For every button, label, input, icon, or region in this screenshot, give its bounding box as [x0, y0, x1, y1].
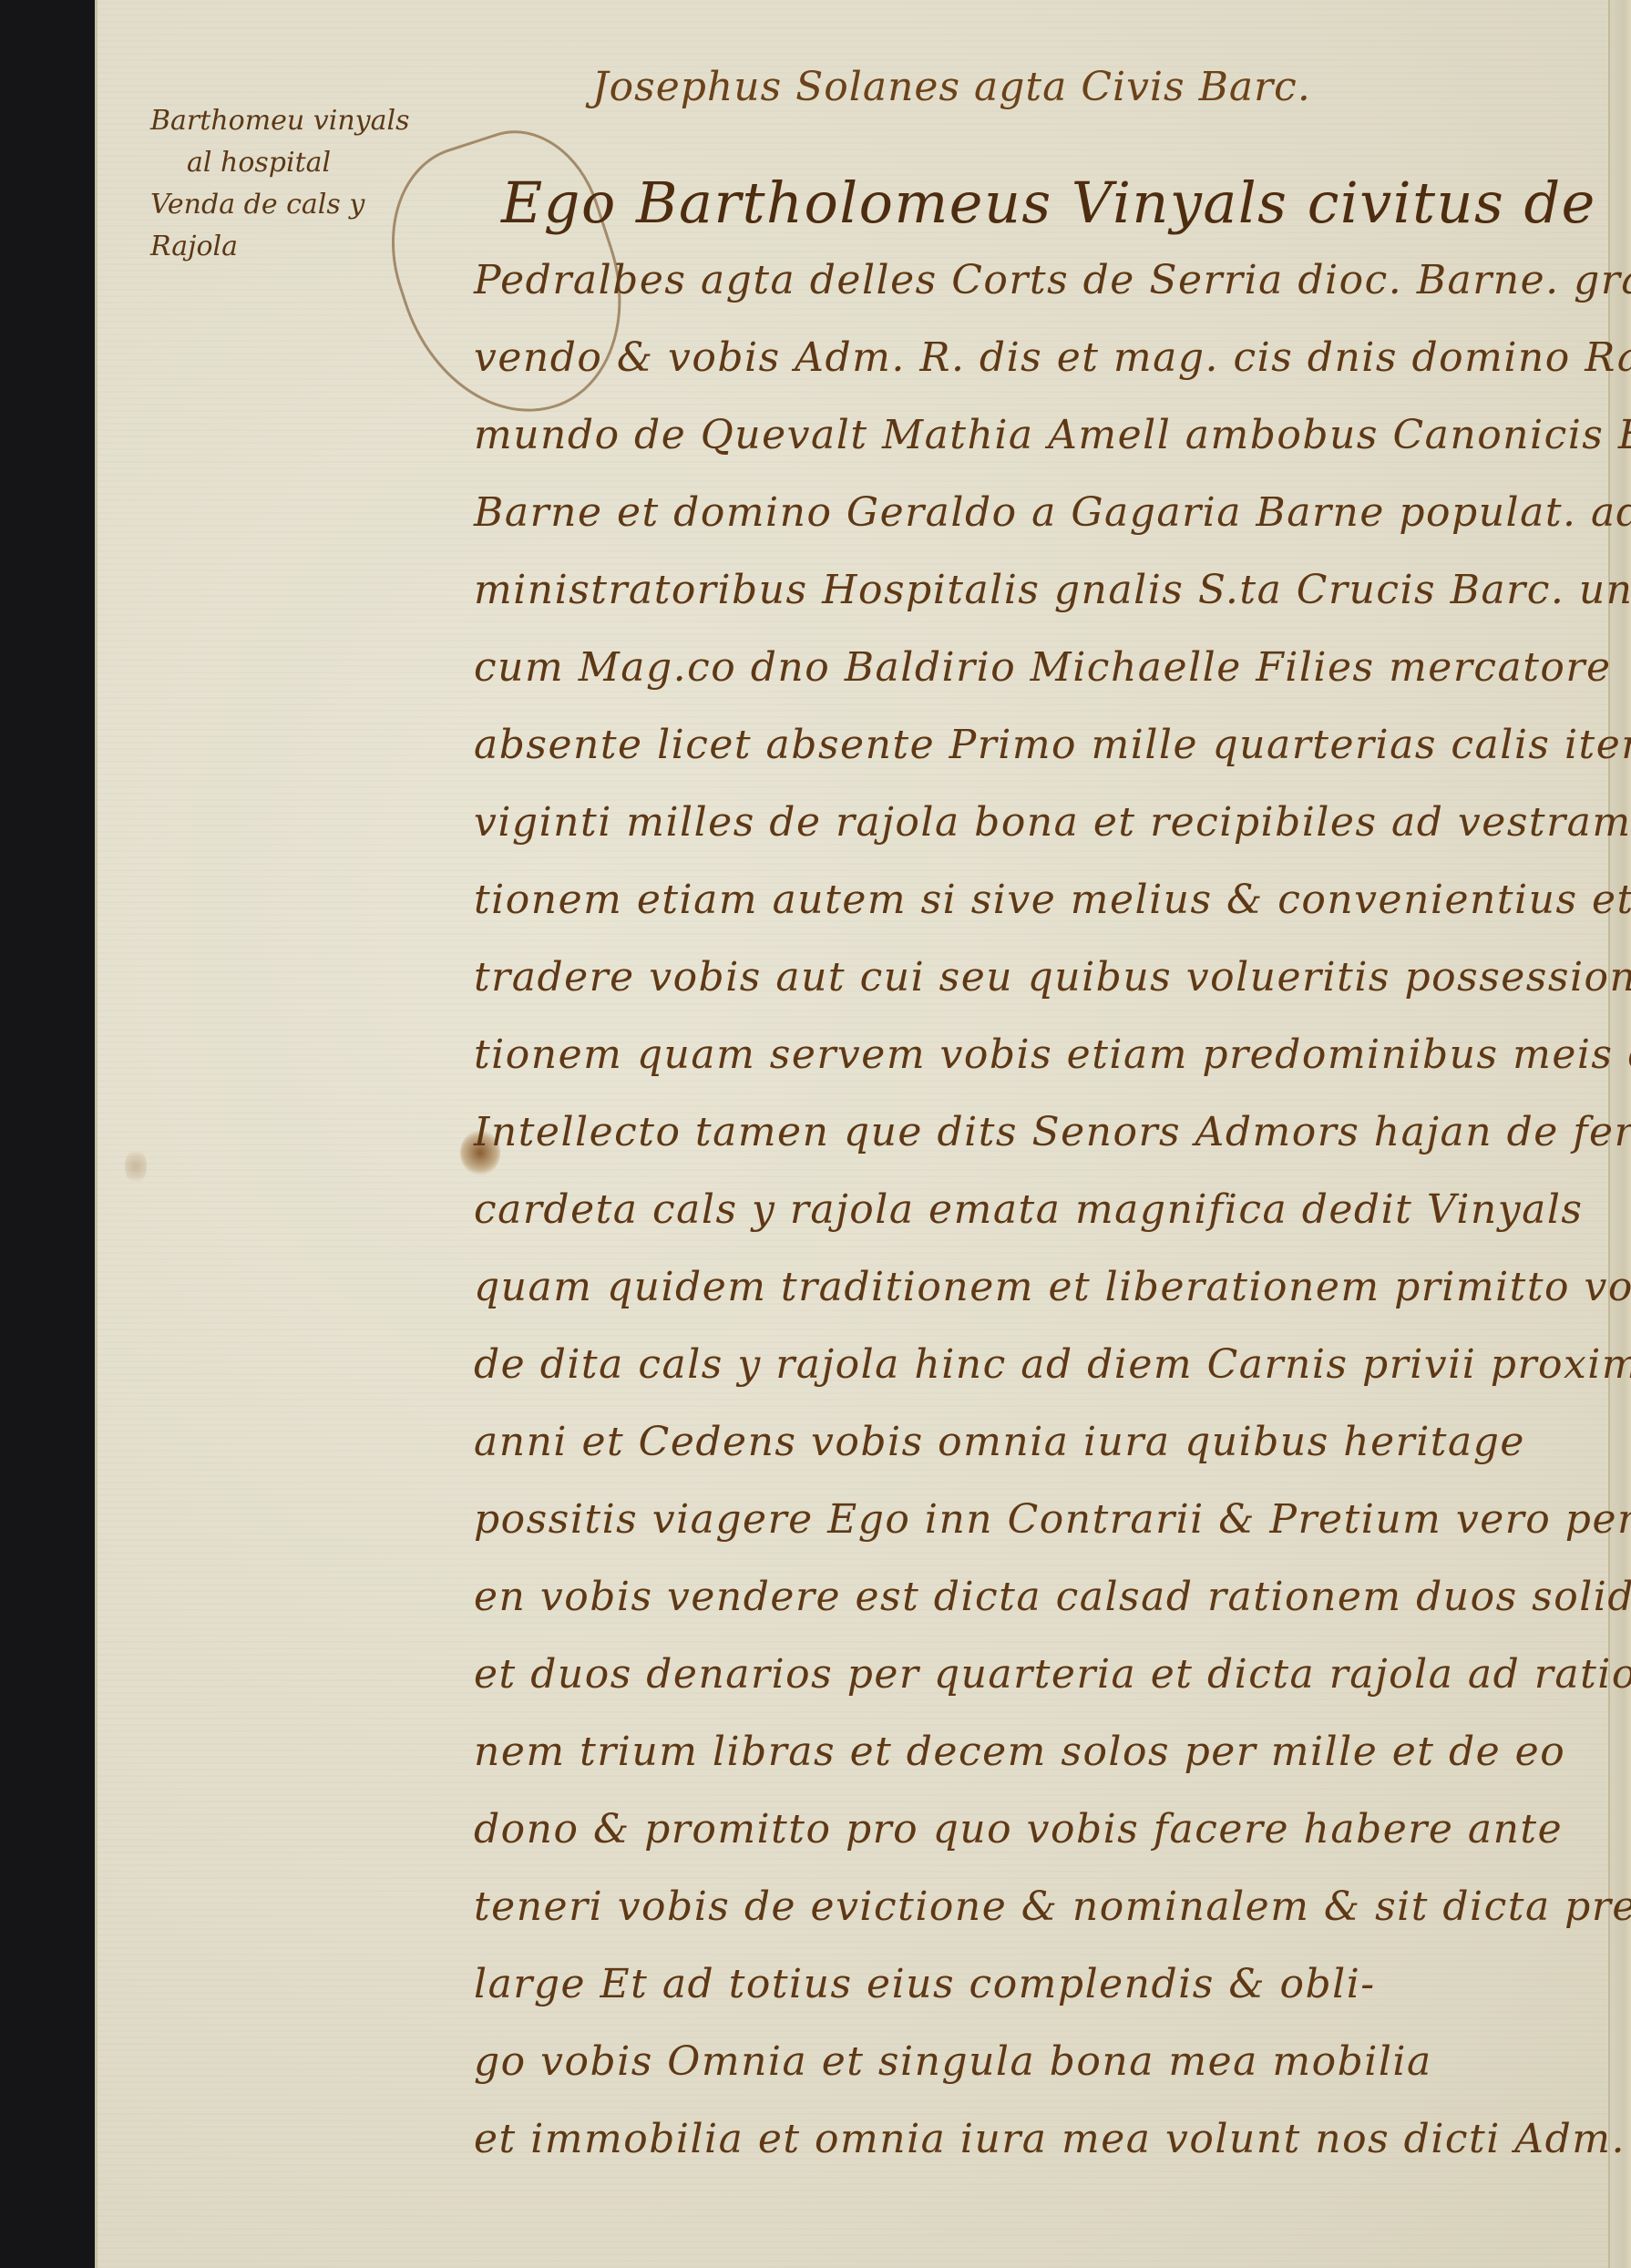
document-heading: Josephus Solanes agta Civis Barc. — [592, 64, 1311, 110]
text-line: possitis viagere Ego inn Contrarii & Pre… — [474, 1481, 1604, 1558]
margin-note-line: Venda de cals y — [150, 184, 387, 226]
text-line: mundo de Quevalt Mathia Amell ambobus Ca… — [474, 396, 1604, 474]
text-line: viginti milles de rajola bona et recipib… — [474, 784, 1604, 861]
text-line: Pedralbes agta delles Corts de Serria di… — [474, 241, 1604, 319]
text-line: absente licet absente Primo mille quarte… — [474, 706, 1604, 784]
text-line: cum Mag.co dno Baldirio Michaelle Filies… — [474, 629, 1604, 706]
text-line: tionem quam servem vobis etiam predomini… — [474, 1016, 1604, 1093]
margin-note-line: Rajola — [150, 226, 387, 268]
foxing-spot — [125, 1148, 147, 1185]
margin-note: Barthomeu vinyals al hospital Venda de c… — [150, 100, 387, 268]
text-line: nem trium libras et decem solos per mill… — [474, 1713, 1604, 1791]
text-line: quam quidem traditionem et liberationem … — [474, 1248, 1604, 1326]
text-line: large Et ad totius eius complendis & obl… — [474, 1945, 1604, 2023]
text-line: tradere vobis aut cui seu quibus volueri… — [474, 939, 1604, 1016]
text-line: ministratoribus Hospitalis gnalis S.ta C… — [474, 551, 1604, 629]
document-body: Ego Bartholomeus Vinyals civitus de Pedr… — [474, 164, 1604, 2178]
text-line: Intellecto tamen que dits Senors Admors … — [474, 1093, 1604, 1171]
margin-note-line: Barthomeu vinyals — [150, 100, 387, 142]
text-line: teneri vobis de evictione & nominalem & … — [474, 1868, 1604, 1945]
text-line: Barne et domino Geraldo a Gagaria Barne … — [474, 474, 1604, 551]
text-line: anni et Cedens vobis omnia iura quibus h… — [474, 1403, 1604, 1481]
text-line: go vobis Omnia et singula bona mea mobil… — [474, 2023, 1604, 2100]
text-line: tionem etiam autem si sive melius & conv… — [474, 861, 1604, 939]
margin-note-line: al hospital — [150, 142, 387, 184]
text-line: et immobilia et omnia iura mea volunt no… — [474, 2100, 1604, 2178]
text-line: cardeta cals y rajola emata magnifica de… — [474, 1171, 1604, 1248]
text-line: vendo & vobis Adm. R. dis et mag. cis dn… — [474, 319, 1604, 396]
text-line: dono & promitto pro quo vobis facere hab… — [474, 1791, 1604, 1868]
text-line: Ego Bartholomeus Vinyals civitus de — [474, 164, 1604, 241]
text-line: en vobis vendere est dicta calsad ration… — [474, 1558, 1604, 1636]
text-line: de dita cals y rajola hinc ad diem Carni… — [474, 1326, 1604, 1403]
binding-shadow — [0, 0, 98, 2268]
text-line: et duos denarios per quarteria et dicta … — [474, 1636, 1604, 1713]
